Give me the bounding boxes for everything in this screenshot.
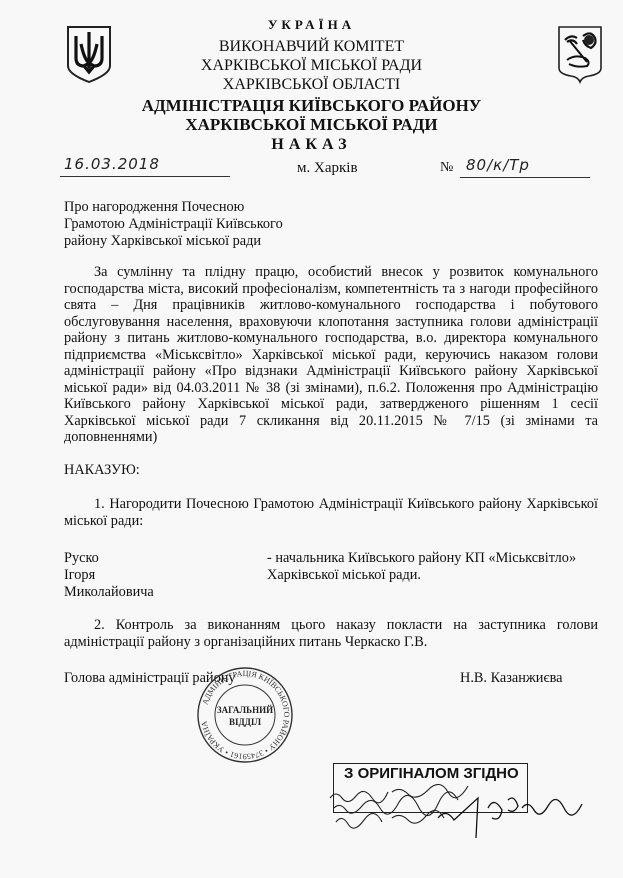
preamble-paragraph: За сумлінну та плідну працю, особистий в… [64,264,598,446]
awardee-position-line-1: - начальника Київського району КП «Міськ… [267,550,576,567]
header-committee-line-1: ВИКОНАВЧИЙ КОМІТЕТ [0,38,623,56]
awardee-surname: Руско [64,550,99,567]
header-admin-line-2: ХАРКІВСЬКОЇ МІСЬКОЇ РАДИ [0,115,623,134]
header-committee-line-2: ХАРКІВСЬКОЇ МІСЬКОЇ РАДИ [0,57,623,75]
awardee-position-line-2: Харківської міської ради. [267,567,421,584]
number-underline [460,177,590,178]
order-item-1: 1. Нагородити Почесною Грамотою Адмініст… [64,496,598,529]
header-country: УКРАЇНА [0,17,623,33]
handwritten-certification-icon [328,778,588,848]
order-word: НАКАЗУЮ: [64,462,140,479]
order-date: 16.03.2018 [64,155,160,173]
date-underline [60,176,230,177]
awardee-patronymic: Миколайовича [64,584,154,601]
svg-text:ЗАГАЛЬНИЙ: ЗАГАЛЬНИЙ [217,705,273,715]
awardee-name: Ігоря [64,567,95,584]
svg-text:ВІДДІЛ: ВІДДІЛ [229,717,261,727]
header-committee-line-3: ХАРКІВСЬКОЇ ОБЛАСТІ [0,76,623,94]
document-type-title: НАКАЗ [0,136,623,154]
round-stamp-icon: АДМІНІСТРАЦІЯ КИЇВСЬКОГО РАЙОНУ • 374591… [195,665,295,765]
order-item-2: 2. Контроль за виконанням цього наказу п… [64,617,598,650]
subject-line-1: Про нагородження Почесною [64,199,244,216]
order-number: 80/к/Тр [466,156,530,174]
header-admin-line-1: АДМІНІСТРАЦІЯ КИЇВСЬКОГО РАЙОНУ [0,96,623,115]
signature-name: Н.В. Казанжиєва [460,670,563,687]
subject-line-3: району Харківської міської ради [64,233,261,250]
city-label: м. Харків [297,160,358,177]
number-label: № [440,160,453,176]
subject-line-2: Грамотою Адміністрації Київського [64,216,283,233]
